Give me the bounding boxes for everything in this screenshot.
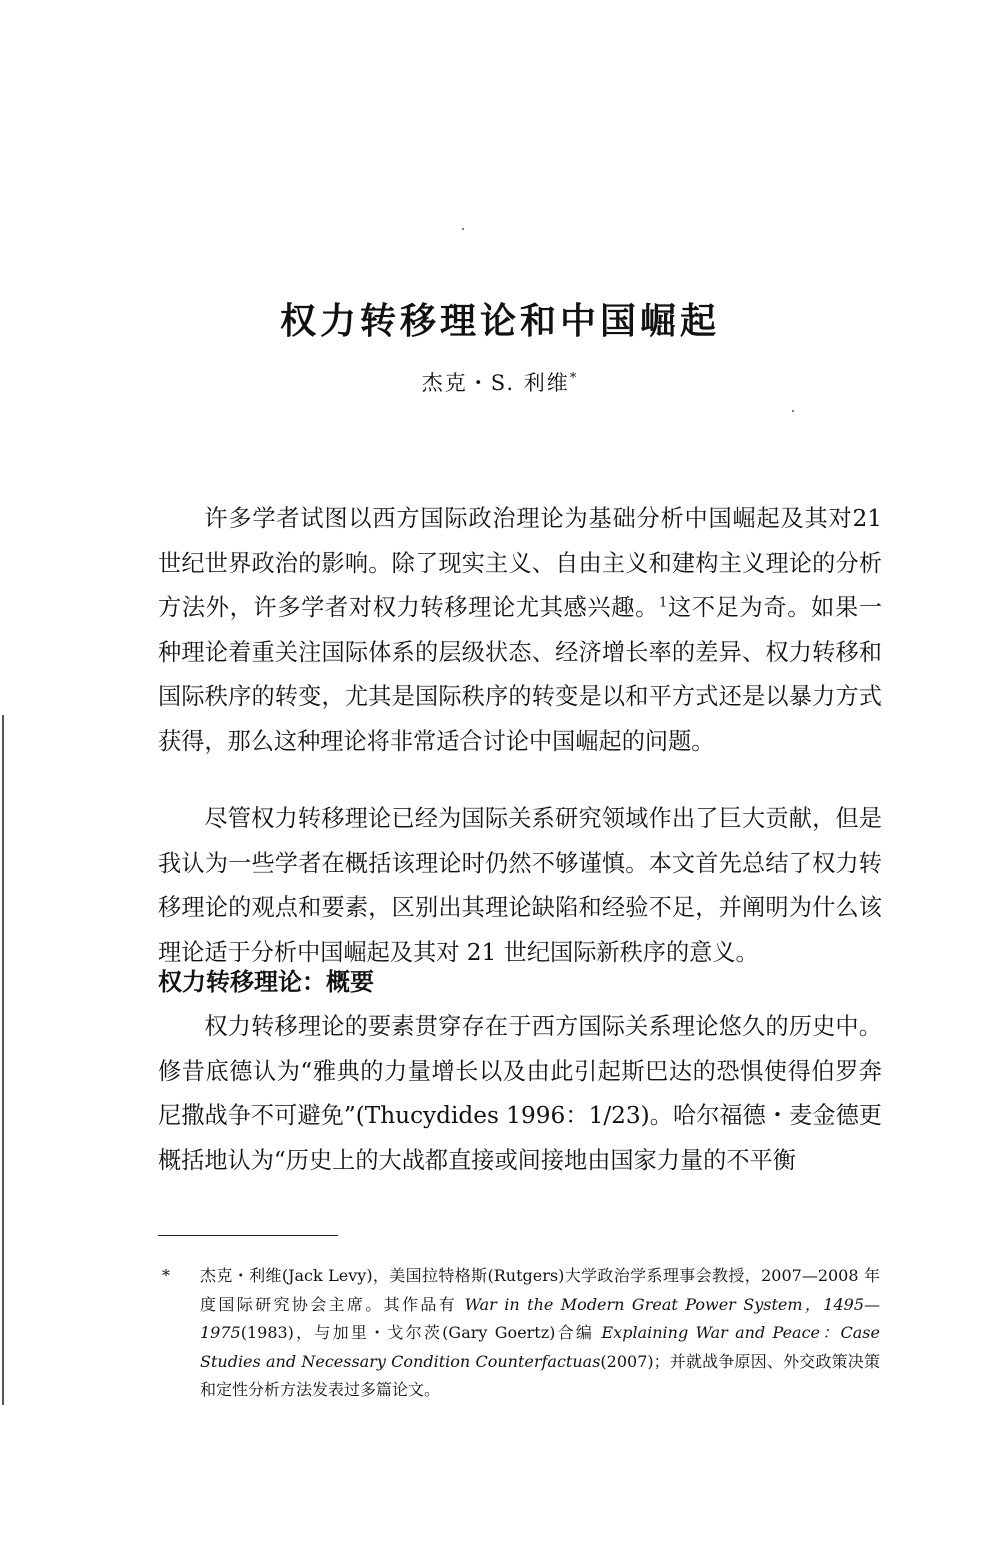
paragraph-3: 权力转移理论的要素贯穿存在于西方国际关系理论悠久的历史中。修昔底德认为“雅典的力… xyxy=(158,1005,882,1183)
paragraph-1: 许多学者试图以西方国际政治理论为基础分析中国崛起及其对21世纪世界政治的影响。除… xyxy=(158,497,882,764)
section-heading: 权力转移理论：概要 xyxy=(158,962,374,997)
article-title: 权力转移理论和中国崛起 xyxy=(0,293,1000,344)
footnote-divider xyxy=(158,1235,338,1236)
footnote-text-2: (1983)，与加里・戈尔茨(Gary Goertz)合编 xyxy=(241,1323,602,1342)
footnote-marker: * xyxy=(162,1262,170,1291)
author-name: 杰克・S. 利维 xyxy=(422,371,570,395)
scan-edge-line xyxy=(2,715,4,1405)
paragraph-2: 尽管权力转移理论已经为国际关系研究领域作出了巨大贡献，但是我认为一些学者在概括该… xyxy=(158,797,882,975)
author-line: 杰克・S. 利维* xyxy=(0,367,1000,397)
paragraph-3-text: 权力转移理论的要素贯穿存在于西方国际关系理论悠久的历史中。修昔底德认为“雅典的力… xyxy=(158,1005,882,1183)
book-page: 权力转移理论和中国崛起 杰克・S. 利维* 许多学者试图以西方国际政治理论为基础… xyxy=(0,0,1000,1555)
scan-speck xyxy=(792,410,794,412)
paragraph-2-text: 尽管权力转移理论已经为国际关系研究领域作出了巨大贡献，但是我认为一些学者在概括该… xyxy=(158,797,882,975)
scan-speck xyxy=(462,228,464,230)
footnote: * 杰克・利维(Jack Levy)，美国拉特格斯(Rutgers)大学政治学系… xyxy=(200,1262,880,1405)
author-footnote-mark: * xyxy=(570,371,579,386)
